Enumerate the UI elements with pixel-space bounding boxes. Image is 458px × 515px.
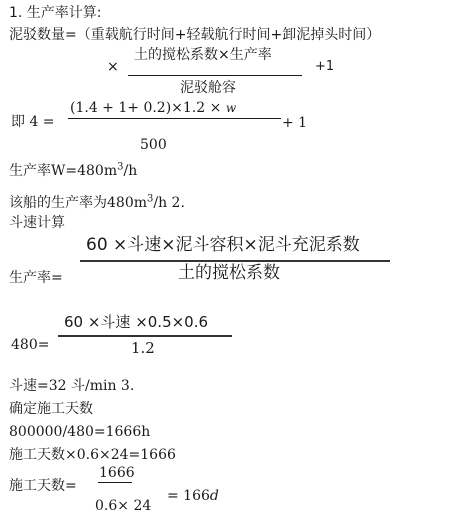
days-numerator: 1666 [99,465,135,481]
substitution-denominator: 500 [140,137,167,153]
days-lhs: 施工天数= [9,478,77,494]
bucket-formula-numerator: 60 ×斗速×泥斗容积×泥斗充泥系数 [86,235,360,255]
section1-heading: 1. 生产率计算: [9,5,102,21]
unit-suffix: /h 2. [153,195,185,211]
conclusion-text: 该船的生产率为480m [9,195,147,211]
unit-suffix: /h [124,163,138,179]
fraction-bar [128,75,302,76]
fraction-denominator: 泥驳舱容 [180,80,236,96]
barge-count-formula-lhs: 泥驳数量=（重载航行时间+轻载航行时间+卸泥掉头时间） [9,27,380,43]
productivity-result-text: 生产率W=480m [9,163,117,179]
days-equation: 施工天数×0.6×24=1666 [9,447,176,463]
bucket-speed-result: 斗速=32 斗/min 3. [9,378,134,394]
section3-heading: 确定施工天数 [9,401,93,417]
bucket-sub-numerator: 60 ×斗速 ×0.5×0.6 [64,314,208,330]
bucket-sub-lhs: 480= [11,337,49,353]
bucket-sub-denominator: 1.2 [131,340,155,356]
bucket-formula-lhs: 生产率= [9,270,63,286]
fraction-numerator: 土的搅松系数×生产率 [134,47,272,63]
days-unit: d [210,488,219,504]
substitution-fraction-bar [68,118,281,119]
days-denominator: 0.6× 24 [95,498,151,514]
hours-calc: 800000/480=1666h [9,424,150,440]
productivity-result: 生产率W=480m3/h [9,163,137,179]
substitution-numerator-text: (1.4 + 1+ 0.2)×1.2 × [70,100,221,116]
substitution-prefix: 即 4 = [11,114,55,130]
bucket-formula-denominator: 土的搅松系数 [178,263,280,283]
times-sign: × [107,59,119,75]
bucket-sub-bar [58,335,232,337]
substitution-numerator: (1.4 + 1+ 0.2)×1.2 × w [70,100,236,116]
days-result: = 166d [167,488,219,504]
plus-one: +1 [315,59,334,75]
variable-w: w [226,101,236,115]
bucket-formula-bar [80,260,390,262]
substitution-plus-one: + 1 [282,115,307,131]
days-result-value: = 166 [167,488,210,504]
section2-heading: 斗速计算 [9,215,65,231]
days-fraction-bar [98,482,132,483]
productivity-conclusion: 该船的生产率为480m3/h 2. [9,195,185,211]
